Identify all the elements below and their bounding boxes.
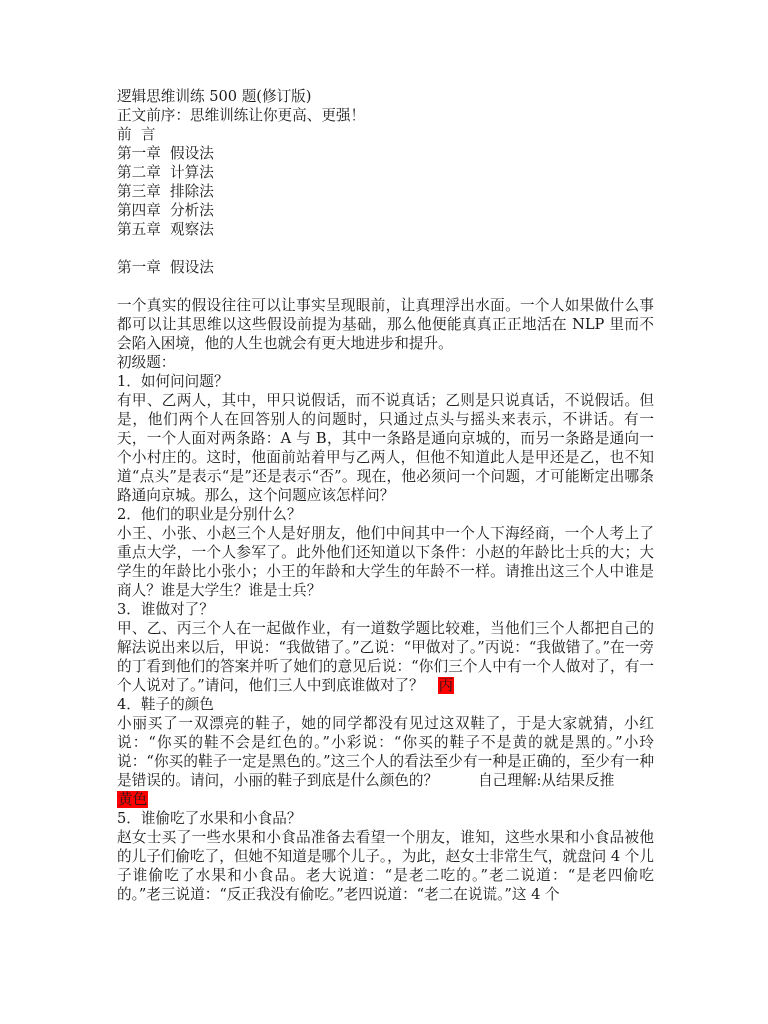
question-1: 1．如何问问题？ 有甲、乙两人，其中，甲只说假话，而不说真话；乙则是只说真话，不… (117, 372, 654, 505)
document-title: 逻辑思维训练 500 题(修订版) (117, 87, 654, 106)
question-body: 有甲、乙两人，其中，甲只说假话，而不说真话；乙则是只说真话，不说假话。但是，他们… (117, 391, 654, 505)
table-of-contents: 前 言 第一章 假设法 第二章 计算法 第三章 排除法 第四章 分析法 第五章 … (117, 125, 654, 239)
toc-item: 第三章 排除法 (117, 182, 654, 201)
answer-highlight: 丙 (438, 677, 455, 694)
toc-item: 第二章 计算法 (117, 163, 654, 182)
toc-item: 第五章 观察法 (117, 220, 654, 239)
question-body: 小王、小张、小赵三个人是好朋友，他们中间其中一个人下海经商，一个人考上了重点大学… (117, 524, 654, 600)
question-2: 2．他们的职业是分别什么？ 小王、小张、小赵三个人是好朋友，他们中间其中一个人下… (117, 505, 654, 600)
question-5: 5．谁偷吃了水果和小食品？ 赵女士买了一些水果和小食品准备去看望一个朋友，谁知，… (117, 809, 654, 904)
question-title: 1．如何问问题？ (117, 372, 654, 391)
question-body-wrap: 甲、乙、丙三个人在一起做作业，有一道数学题比较难，当他们三个人都把自己的解法说出… (117, 619, 654, 695)
toc-item: 前 言 (117, 125, 654, 144)
question-body: 甲、乙、丙三个人在一起做作业，有一道数学题比较难，当他们三个人都把自己的解法说出… (117, 620, 654, 694)
answer-line: 黄色 (117, 790, 654, 809)
toc-item: 第一章 假设法 (117, 144, 654, 163)
question-title: 4．鞋子的颜色 (117, 695, 654, 714)
question-3: 3．谁做对了？ 甲、乙、丙三个人在一起做作业，有一道数学题比较难，当他们三个人都… (117, 600, 654, 695)
question-title: 3．谁做对了？ (117, 600, 654, 619)
spacer (117, 277, 654, 296)
question-body-wrap: 小丽买了一双漂亮的鞋子，她的同学都没有见过这双鞋了，于是大家就猜，小红说：“你买… (117, 714, 654, 790)
spacer (117, 239, 654, 258)
answer-highlight: 黄色 (117, 791, 148, 808)
question-title: 2．他们的职业是分别什么？ (117, 505, 654, 524)
level-label: 初级题： (117, 353, 654, 372)
document-page: 逻辑思维训练 500 题(修订版) 正文前序：思维训练让你更高、更强！ 前 言 … (117, 87, 654, 904)
toc-item: 第四章 分析法 (117, 201, 654, 220)
question-body: 赵女士买了一些水果和小食品准备去看望一个朋友，谁知，这些水果和小食品被他的儿子们… (117, 828, 654, 904)
question-4: 4．鞋子的颜色 小丽买了一双漂亮的鞋子，她的同学都没有见过这双鞋了，于是大家就猜… (117, 695, 654, 809)
preface-line: 正文前序：思维训练让你更高、更强！ (117, 106, 654, 125)
question-title: 5．谁偷吃了水果和小食品？ (117, 809, 654, 828)
margin-note: 自己理解:从结果反推 (478, 772, 614, 789)
chapter-heading: 第一章 假设法 (117, 258, 654, 277)
chapter-intro: 一个真实的假设往往可以让事实呈现眼前，让真理浮出水面。一个人如果做什么事都可以让… (117, 296, 654, 353)
